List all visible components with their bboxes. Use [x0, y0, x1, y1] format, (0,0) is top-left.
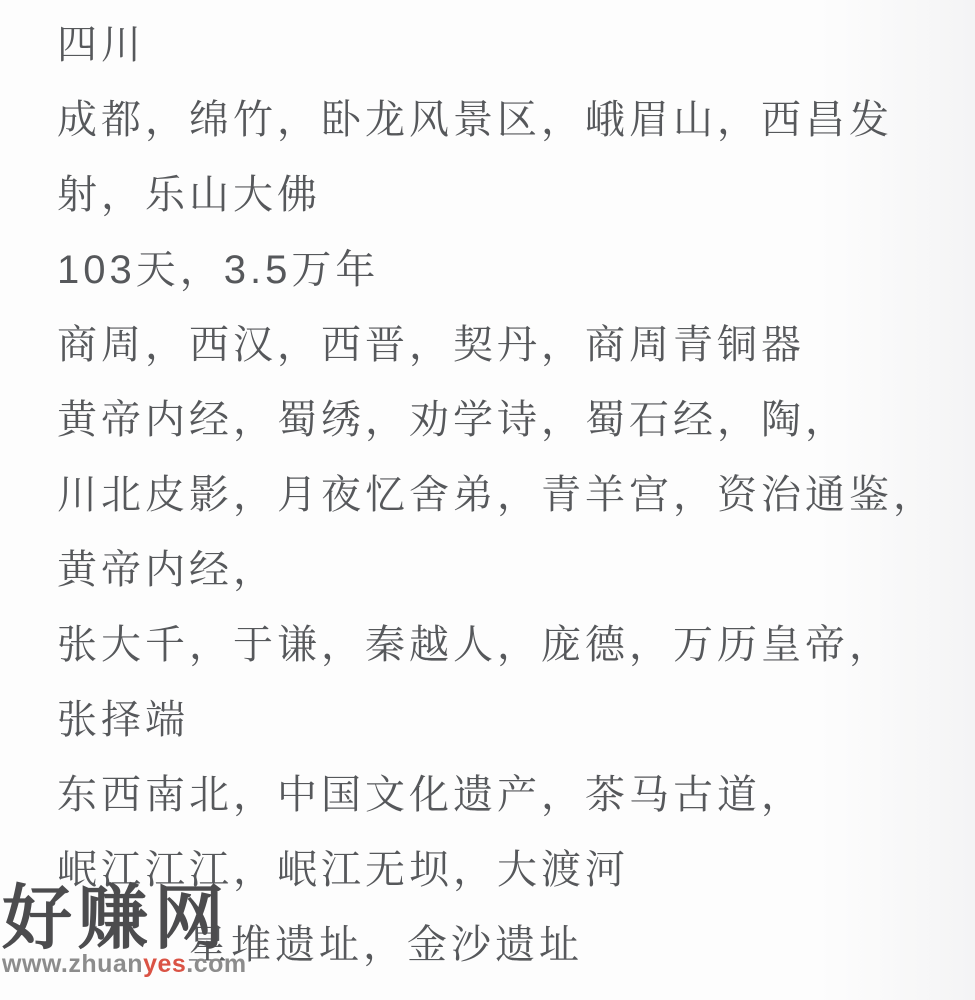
text-line: 射，乐山大佛 — [57, 158, 937, 233]
document-page: 四川 成都，绵竹，卧龙风景区，峨眉山，西昌发 射，乐山大佛 103天，3.5万年… — [0, 0, 975, 1000]
watermark-brand-logo: 好赚网 — [2, 882, 247, 954]
text-line: 川北皮影，月夜忆舍弟，青羊宫，资治通鉴， — [57, 458, 937, 533]
text-line: 黄帝内经， — [57, 533, 937, 608]
text-line: 黄帝内经，蜀绣，劝学诗，蜀石经，陶， — [57, 383, 937, 458]
text-line: 成都，绵竹，卧龙风景区，峨眉山，西昌发 — [57, 83, 937, 158]
watermark-url: www.zhuanyes.com — [2, 950, 247, 979]
text-line: 103天，3.5万年 — [57, 233, 937, 308]
watermark-url-suffix: .com — [186, 950, 246, 978]
text-line: 张择端 — [57, 683, 937, 758]
notes-text-block: 四川 成都，绵竹，卧龙风景区，峨眉山，西昌发 射，乐山大佛 103天，3.5万年… — [57, 8, 937, 983]
watermark-url-highlight: yes — [143, 950, 186, 978]
watermark: 好赚网 www.zhuanyes.com — [2, 882, 247, 979]
text-line: 东西南北，中国文化遗产，茶马古道， — [57, 758, 937, 833]
text-line: 商周，西汉，西晋，契丹，商周青铜器 — [57, 308, 937, 383]
watermark-url-prefix: www.zhuan — [2, 950, 143, 978]
text-line: 张大千，于谦，秦越人，庞德，万历皇帝， — [57, 608, 937, 683]
text-line: 四川 — [57, 8, 937, 83]
